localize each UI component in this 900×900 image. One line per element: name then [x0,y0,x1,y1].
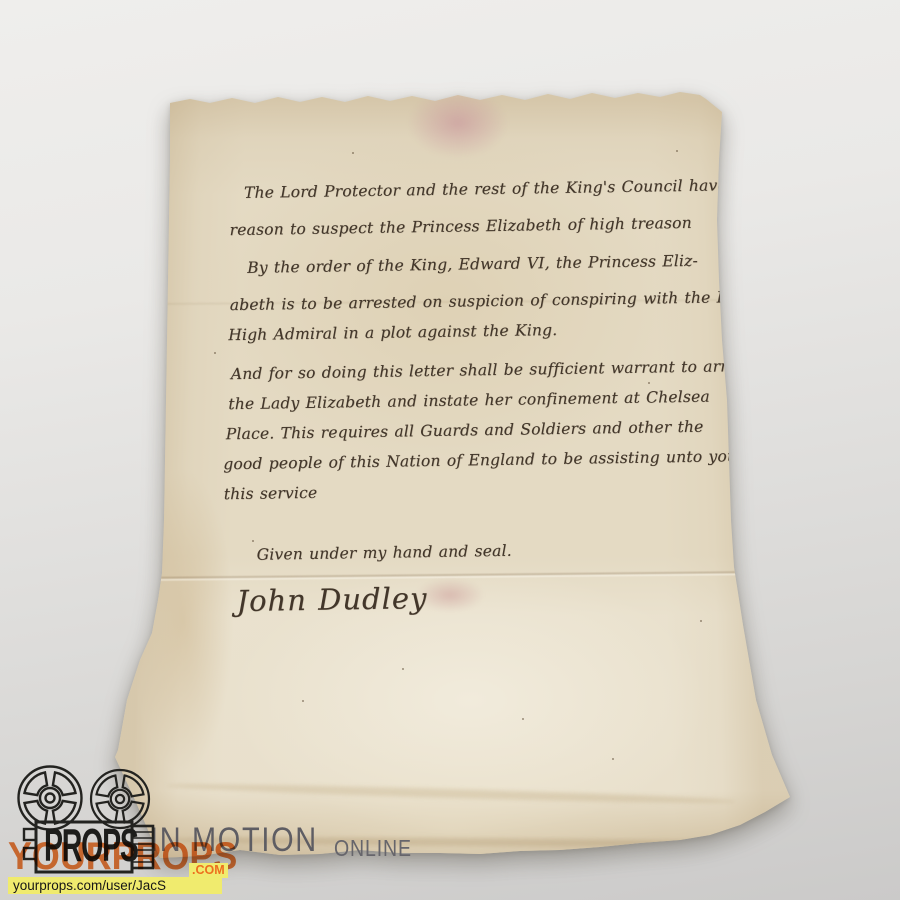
letter-line: this service [224,484,318,503]
letter-closing: Given under my hand and seal. [257,542,512,564]
wax-seal-fragment [411,82,432,95]
online-text: ONLINE [334,836,412,860]
letter-line: the Lady Elizabeth and instate her confi… [228,388,710,414]
letter-line: The Lord Protector and the rest of the K… [244,176,727,202]
letter-line: By the order of the King, Edward VI, the… [247,252,698,277]
letter-line: abeth is to be arrested on suspicion of … [230,288,755,314]
letter-line: Place. This requires all Guards and Sold… [226,418,704,444]
dotcom-badge: .COM [189,863,228,878]
signature: John Dudley [236,581,427,618]
letter-line: And for so doing this letter shall be su… [231,357,752,383]
credit-url-bar: yourprops.com/user/JacS [8,877,222,894]
letter-line: reason to suspect the Princess Elizabeth… [229,214,692,239]
letter-line: High Admiral in a plot against the King. [228,321,557,344]
wax-seal-fragment [445,80,458,90]
letter-line: good people of this Nation of England to… [223,447,759,473]
photo-background: The Lord Protector and the rest of the K… [0,0,900,900]
